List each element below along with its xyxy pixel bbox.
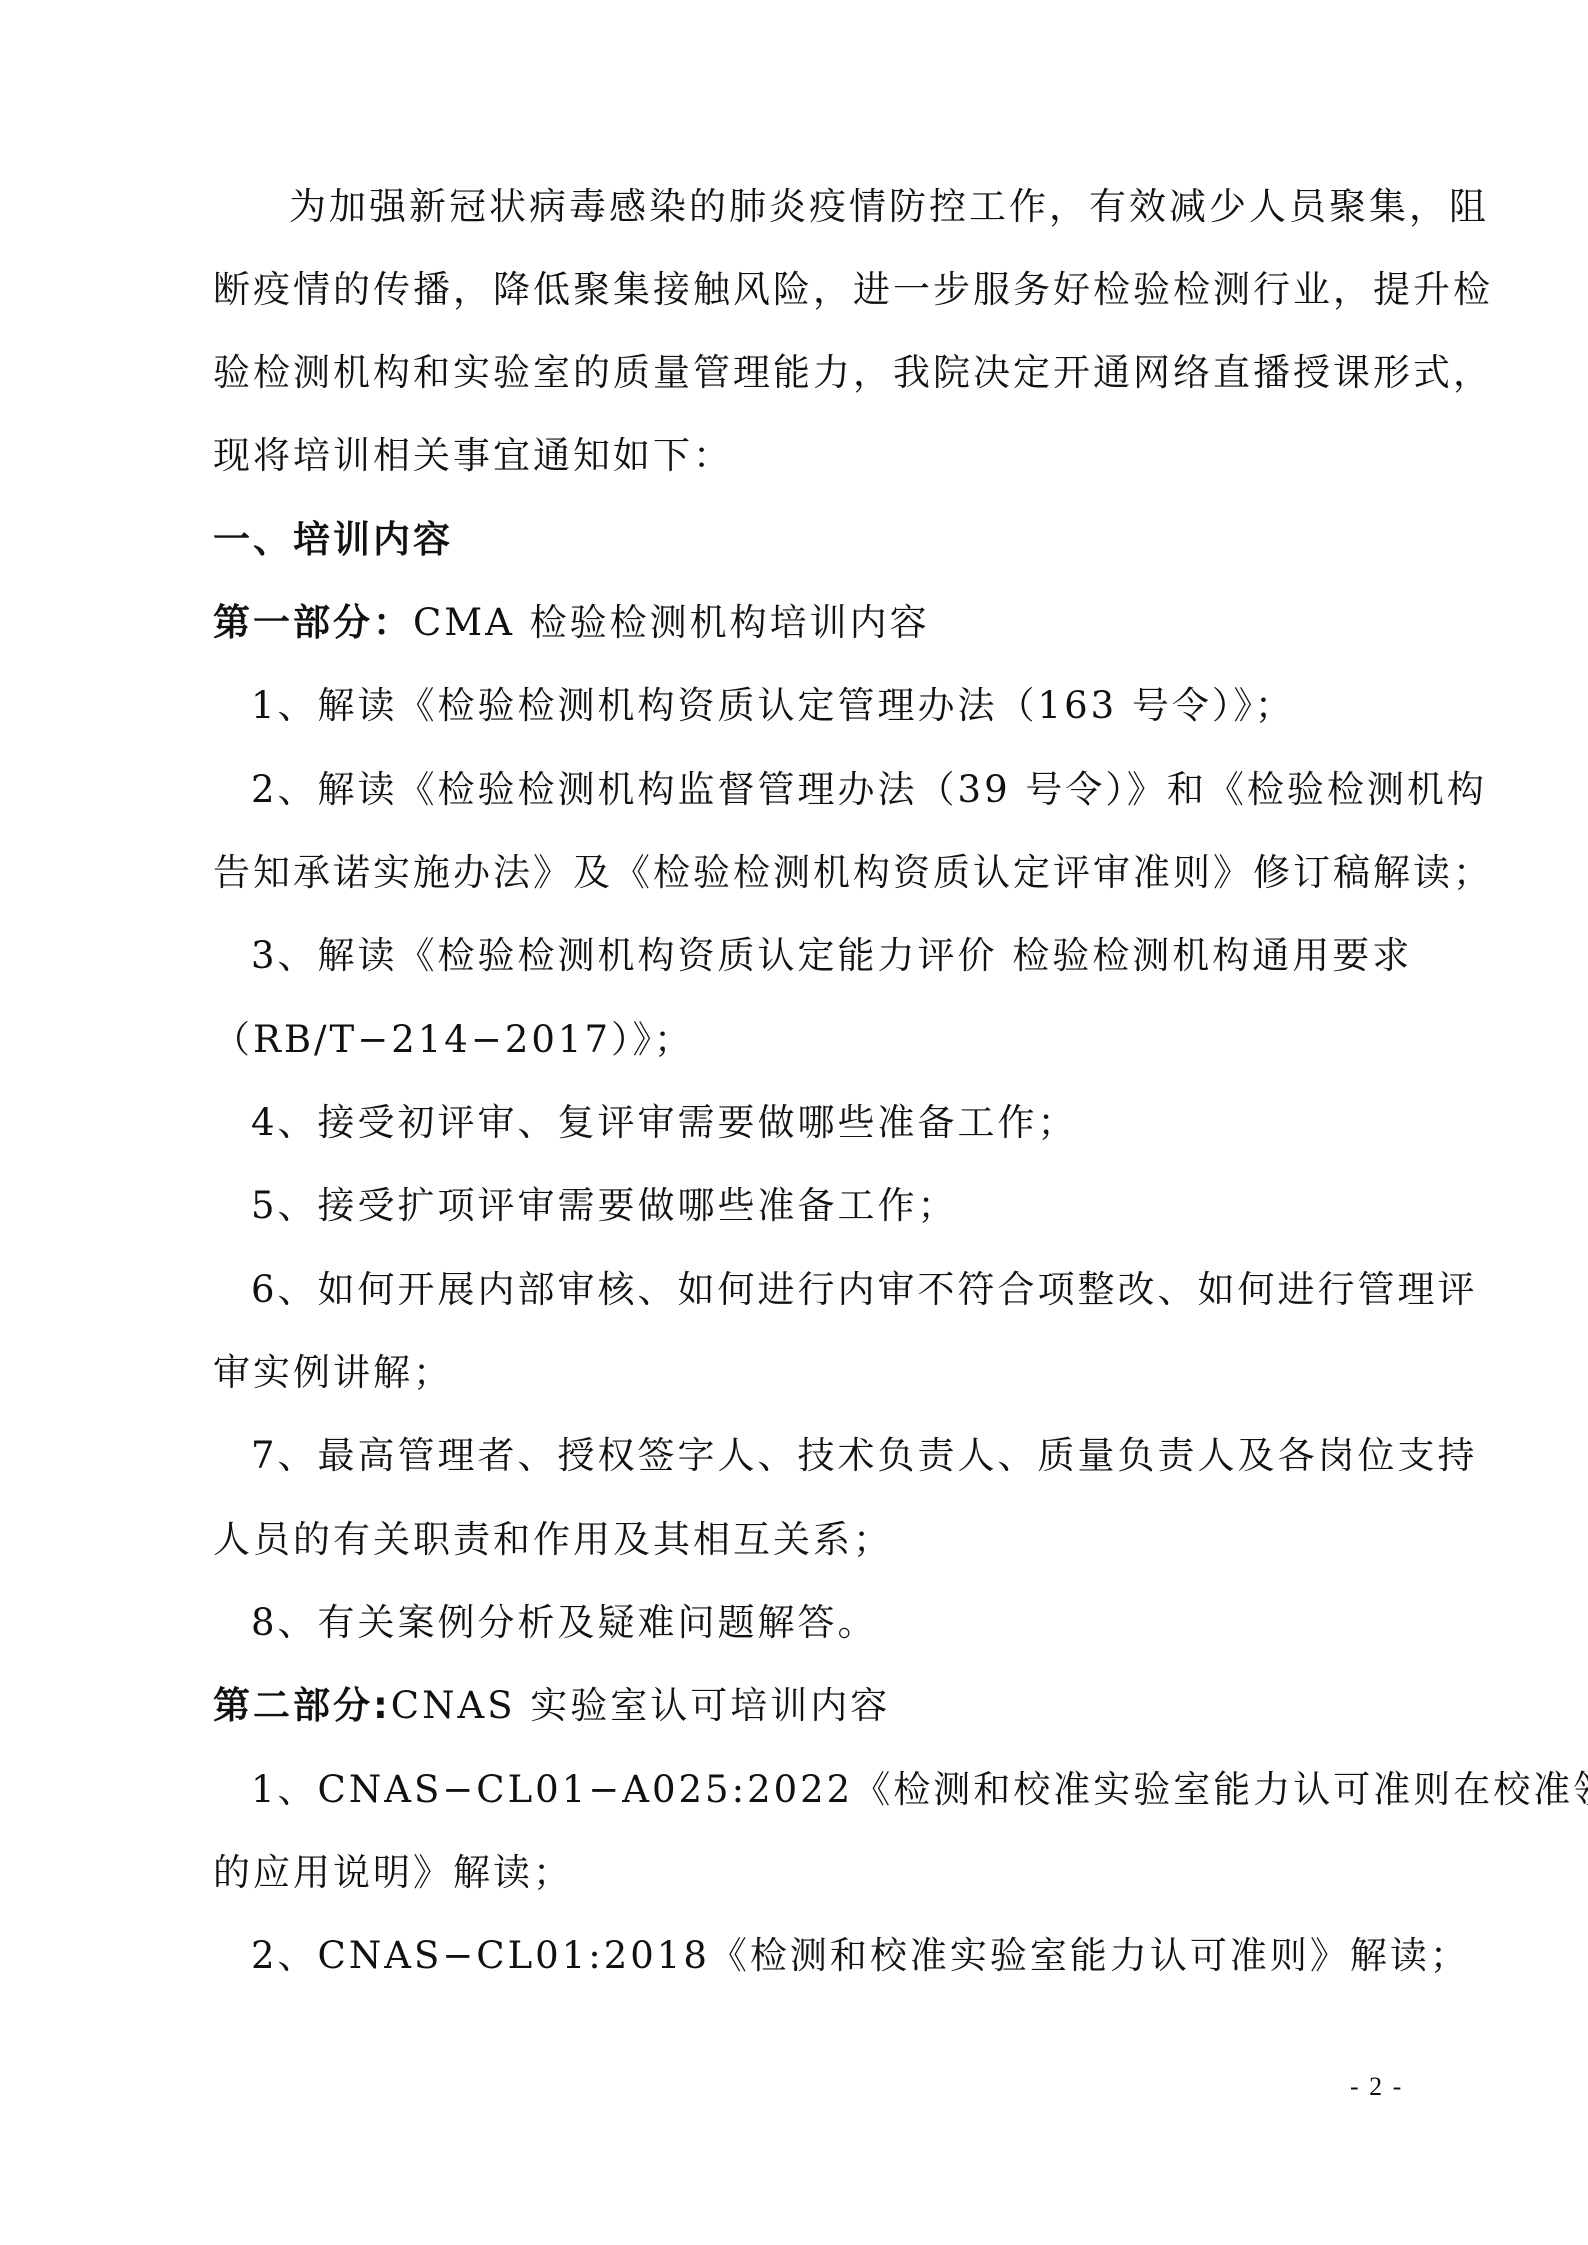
part1-item-1-line-1: 1、解读《检验检测机构资质认定管理办法（163 号令）》； <box>251 684 1403 728</box>
part1-item-7-line-1: 7、最高管理者、授权签字人、技术负责人、质量负责人及各岗位支持 <box>251 1434 1403 1478</box>
section-heading: 一、培训内容 <box>213 518 1403 562</box>
intro-line-1: 为加强新冠状病毒感染的肺炎疫情防控工作，有效减少人员聚集，阻 <box>289 185 1403 229</box>
part2-item-1-line-2: 的应用说明》解读； <box>213 1851 1403 1895</box>
part1-item-2-line-1: 2、解读《检验检测机构监督管理办法（39 号令）》和《检验检测机构 <box>251 768 1403 812</box>
part1-item-3-line-1: 3、解读《检验检测机构资质认定能力评价 检验检测机构通用要求 <box>251 934 1403 978</box>
part1-heading: 第一部分：CMA 检验检测机构培训内容 <box>213 601 1403 645</box>
part1-item-8-line-1: 8、有关案例分析及疑难问题解答。 <box>251 1601 1403 1645</box>
document-page: 为加强新冠状病毒感染的肺炎疫情防控工作，有效减少人员聚集，阻 断疫情的传播，降低… <box>0 0 1588 2245</box>
part1-item-4-line-1: 4、接受初评审、复评审需要做哪些准备工作； <box>251 1101 1403 1145</box>
part1-item-6-line-2: 审实例讲解； <box>213 1351 1403 1395</box>
intro-line-4: 现将培训相关事宜通知如下： <box>213 434 1403 478</box>
part1-item-5-line-1: 5、接受扩项评审需要做哪些准备工作； <box>251 1184 1403 1228</box>
intro-line-2: 断疫情的传播，降低聚集接触风险，进一步服务好检验检测行业，提升检 <box>213 268 1403 312</box>
part1-title: CMA 检验检测机构培训内容 <box>413 601 930 644</box>
part1-label: 第一部分： <box>213 601 413 644</box>
part2-title: CNAS 实验室认可培训内容 <box>391 1684 891 1727</box>
page-number: - 2 - <box>1350 2072 1403 2102</box>
part1-item-6-line-1: 6、如何开展内部审核、如何进行内审不符合项整改、如何进行管理评 <box>251 1268 1403 1312</box>
intro-line-3: 验检测机构和实验室的质量管理能力，我院决定开通网络直播授课形式， <box>213 351 1403 395</box>
part1-item-2-line-2: 告知承诺实施办法》及《检验检测机构资质认定评审准则》修订稿解读； <box>213 851 1403 895</box>
part2-item-1-line-1: 1、CNAS−CL01−A025:2022《检测和校准实验室能力认可准则在校准领… <box>251 1768 1403 1812</box>
part1-item-7-line-2: 人员的有关职责和作用及其相互关系； <box>213 1518 1403 1562</box>
part2-label: 第二部分: <box>213 1684 391 1727</box>
part2-heading: 第二部分:CNAS 实验室认可培训内容 <box>213 1684 1403 1728</box>
part1-item-3-line-2: （RB/T−214−2017）》； <box>213 1018 1403 1062</box>
part2-item-2-line-1: 2、CNAS−CL01:2018《检测和校准实验室能力认可准则》解读； <box>251 1934 1403 1978</box>
